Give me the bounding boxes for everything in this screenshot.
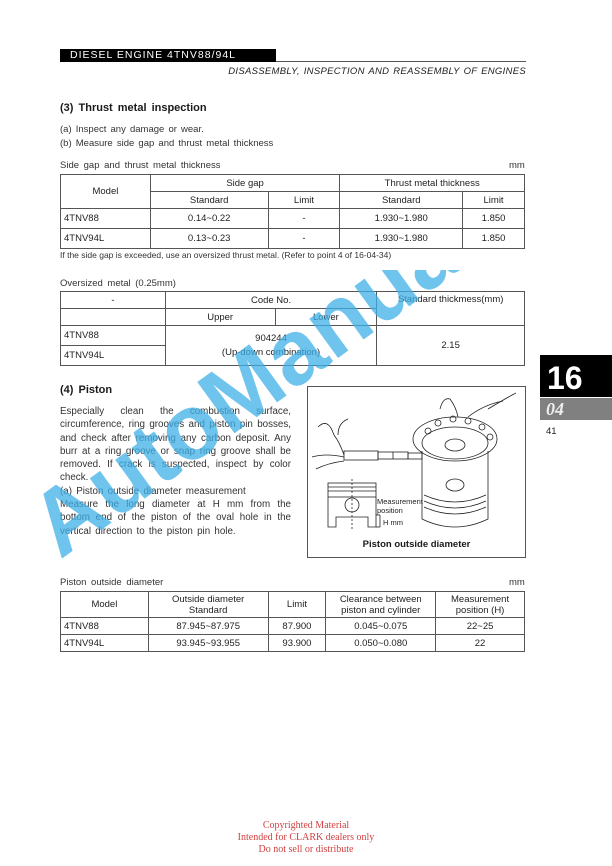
meas-header-line2: position (H) [436,605,524,616]
section-tab-number: 16 [540,355,612,397]
thrust-table: Model Side gap Thrust metal thickness St… [60,174,525,249]
cell-position: 22 [436,635,525,652]
cell-position: 22~25 [436,618,525,635]
col-header-measurement-position: Measurementposition (H) [436,592,525,618]
cell-thk-standard: 1.930~1.980 [340,209,463,229]
cell-clearance: 0.050~0.080 [326,635,436,652]
col-header-upper: Upper [165,309,275,326]
col-header-dash: - [61,292,166,309]
cell-gap-standard: 0.13~0.23 [150,229,268,249]
piston-paragraph-1: Especially clean the combustion surface,… [60,406,291,483]
col-header-clearance: Clearance betweenpiston and cylinder [326,592,436,618]
piston-figure: Measurement position H mm [307,386,526,558]
col-header-empty [61,309,166,326]
cell-limit: 93.900 [268,635,326,652]
chapter-title: DISASSEMBLY, INSPECTION AND REASSEMBLY O… [228,66,526,77]
clearance-header-line1: Clearance between [326,594,435,605]
cell-model: 4TNV88 [61,618,149,635]
col-header-std-thickness: Standard thickmess(mm) [377,292,525,326]
cell-thk-standard: 1.930~1.980 [340,229,463,249]
cell-code: 904244 (Up-down combination) [165,326,376,366]
col-header-thk-standard: Standard [340,192,463,209]
clearance-header-line2: piston and cylinder [326,605,435,616]
cell-model: 4TNV88 [61,209,151,229]
cell-gap-standard: 0.14~0.22 [150,209,268,229]
page-number: 41 [546,426,557,437]
code-number: 904244 [166,332,376,346]
thrust-table-caption: Side gap and thrust metal thickness [60,160,221,171]
col-header-gap-limit: Limit [268,192,340,209]
col-header-gap-standard: Standard [150,192,268,209]
copyright-line-1: Copyrighted Material [0,820,612,832]
table-row: 4TNV94L 93.945~93.955 93.900 0.050~0.080… [61,635,525,652]
figure-label-h: H mm [383,518,403,527]
thrust-note: If the side gap is exceeded, use an over… [60,250,391,260]
copyright-line-3: Do not sell or distribute [0,844,612,856]
col-header-thk-limit: Limit [463,192,525,209]
cell-model: 4TNV94L [61,346,166,366]
col-header-outside-diameter: Outside diameterStandard [148,592,268,618]
thrust-step-b: (b) Measure side gap and thrust metal th… [60,138,273,149]
cell-gap-limit: - [268,229,340,249]
piston-measurement-illustration: Measurement position H mm [308,387,527,559]
col-header-lower: Lower [275,309,377,326]
cell-clearance: 0.045~0.075 [326,618,436,635]
table-row: 4TNV88 904244 (Up-down combination) 2.15 [61,326,525,346]
cell-thickness: 2.15 [377,326,525,366]
cell-gap-limit: - [268,209,340,229]
table-row: 4TNV94L 0.13~0.23 - 1.930~1.980 1.850 [61,229,525,249]
cell-model: 4TNV88 [61,326,166,346]
piston-body: Especially clean the combustion surface,… [60,405,291,538]
piston-paragraph-2: Measure the long diameter at H mm from t… [60,499,291,537]
figure-label-position: position [377,506,403,515]
col-header-code-no: Code No. [165,292,376,309]
meas-header-line1: Measurement [436,594,524,605]
figure-caption: Piston outside diameter [307,539,526,550]
cell-limit: 87.900 [268,618,326,635]
code-note: (Up-down combination) [166,346,376,360]
col-header-limit: Limit [268,592,326,618]
table-row: 4TNV88 87.945~87.975 87.900 0.045~0.075 … [61,618,525,635]
piston-table-unit: mm [509,577,525,588]
od-header-line1: Outside diameter [149,594,268,605]
od-header-line2: Standard [149,605,268,616]
section-title-banner: DIESEL ENGINE 4TNV88/94L [60,49,276,62]
cell-thk-limit: 1.850 [463,229,525,249]
figure-label-measurement: Measurement [377,497,424,506]
oversized-table: - Code No. Standard thickmess(mm) Upper … [60,291,525,366]
cell-model: 4TNV94L [61,229,151,249]
header-rule [276,61,526,62]
thrust-table-unit: mm [509,160,525,171]
cell-model: 4TNV94L [61,635,149,652]
col-header-model: Model [61,592,149,618]
piston-table-caption: Piston outside diameter [60,577,163,588]
col-header-side-gap: Side gap [150,175,340,192]
table-row: 4TNV88 0.14~0.22 - 1.930~1.980 1.850 [61,209,525,229]
copyright-line-2: Intended for CLARK dealers only [0,832,612,844]
cell-outside-diameter: 87.945~87.975 [148,618,268,635]
thrust-step-a: (a) Inspect any damage or wear. [60,124,204,135]
piston-table: Model Outside diameterStandard Limit Cle… [60,591,525,652]
piston-heading: (4) Piston [60,384,112,396]
cell-outside-diameter: 93.945~93.955 [148,635,268,652]
thrust-heading: (3) Thrust metal inspection [60,102,207,114]
cell-thk-limit: 1.850 [463,209,525,229]
subsection-tab-number: 04 [540,398,612,420]
col-header-model: Model [61,175,151,209]
piston-subheading: (a) Piston outside diameter measurement [60,486,246,497]
col-header-thrust-thickness: Thrust metal thickness [340,175,525,192]
oversized-caption: Oversized metal (0.25mm) [60,278,176,289]
